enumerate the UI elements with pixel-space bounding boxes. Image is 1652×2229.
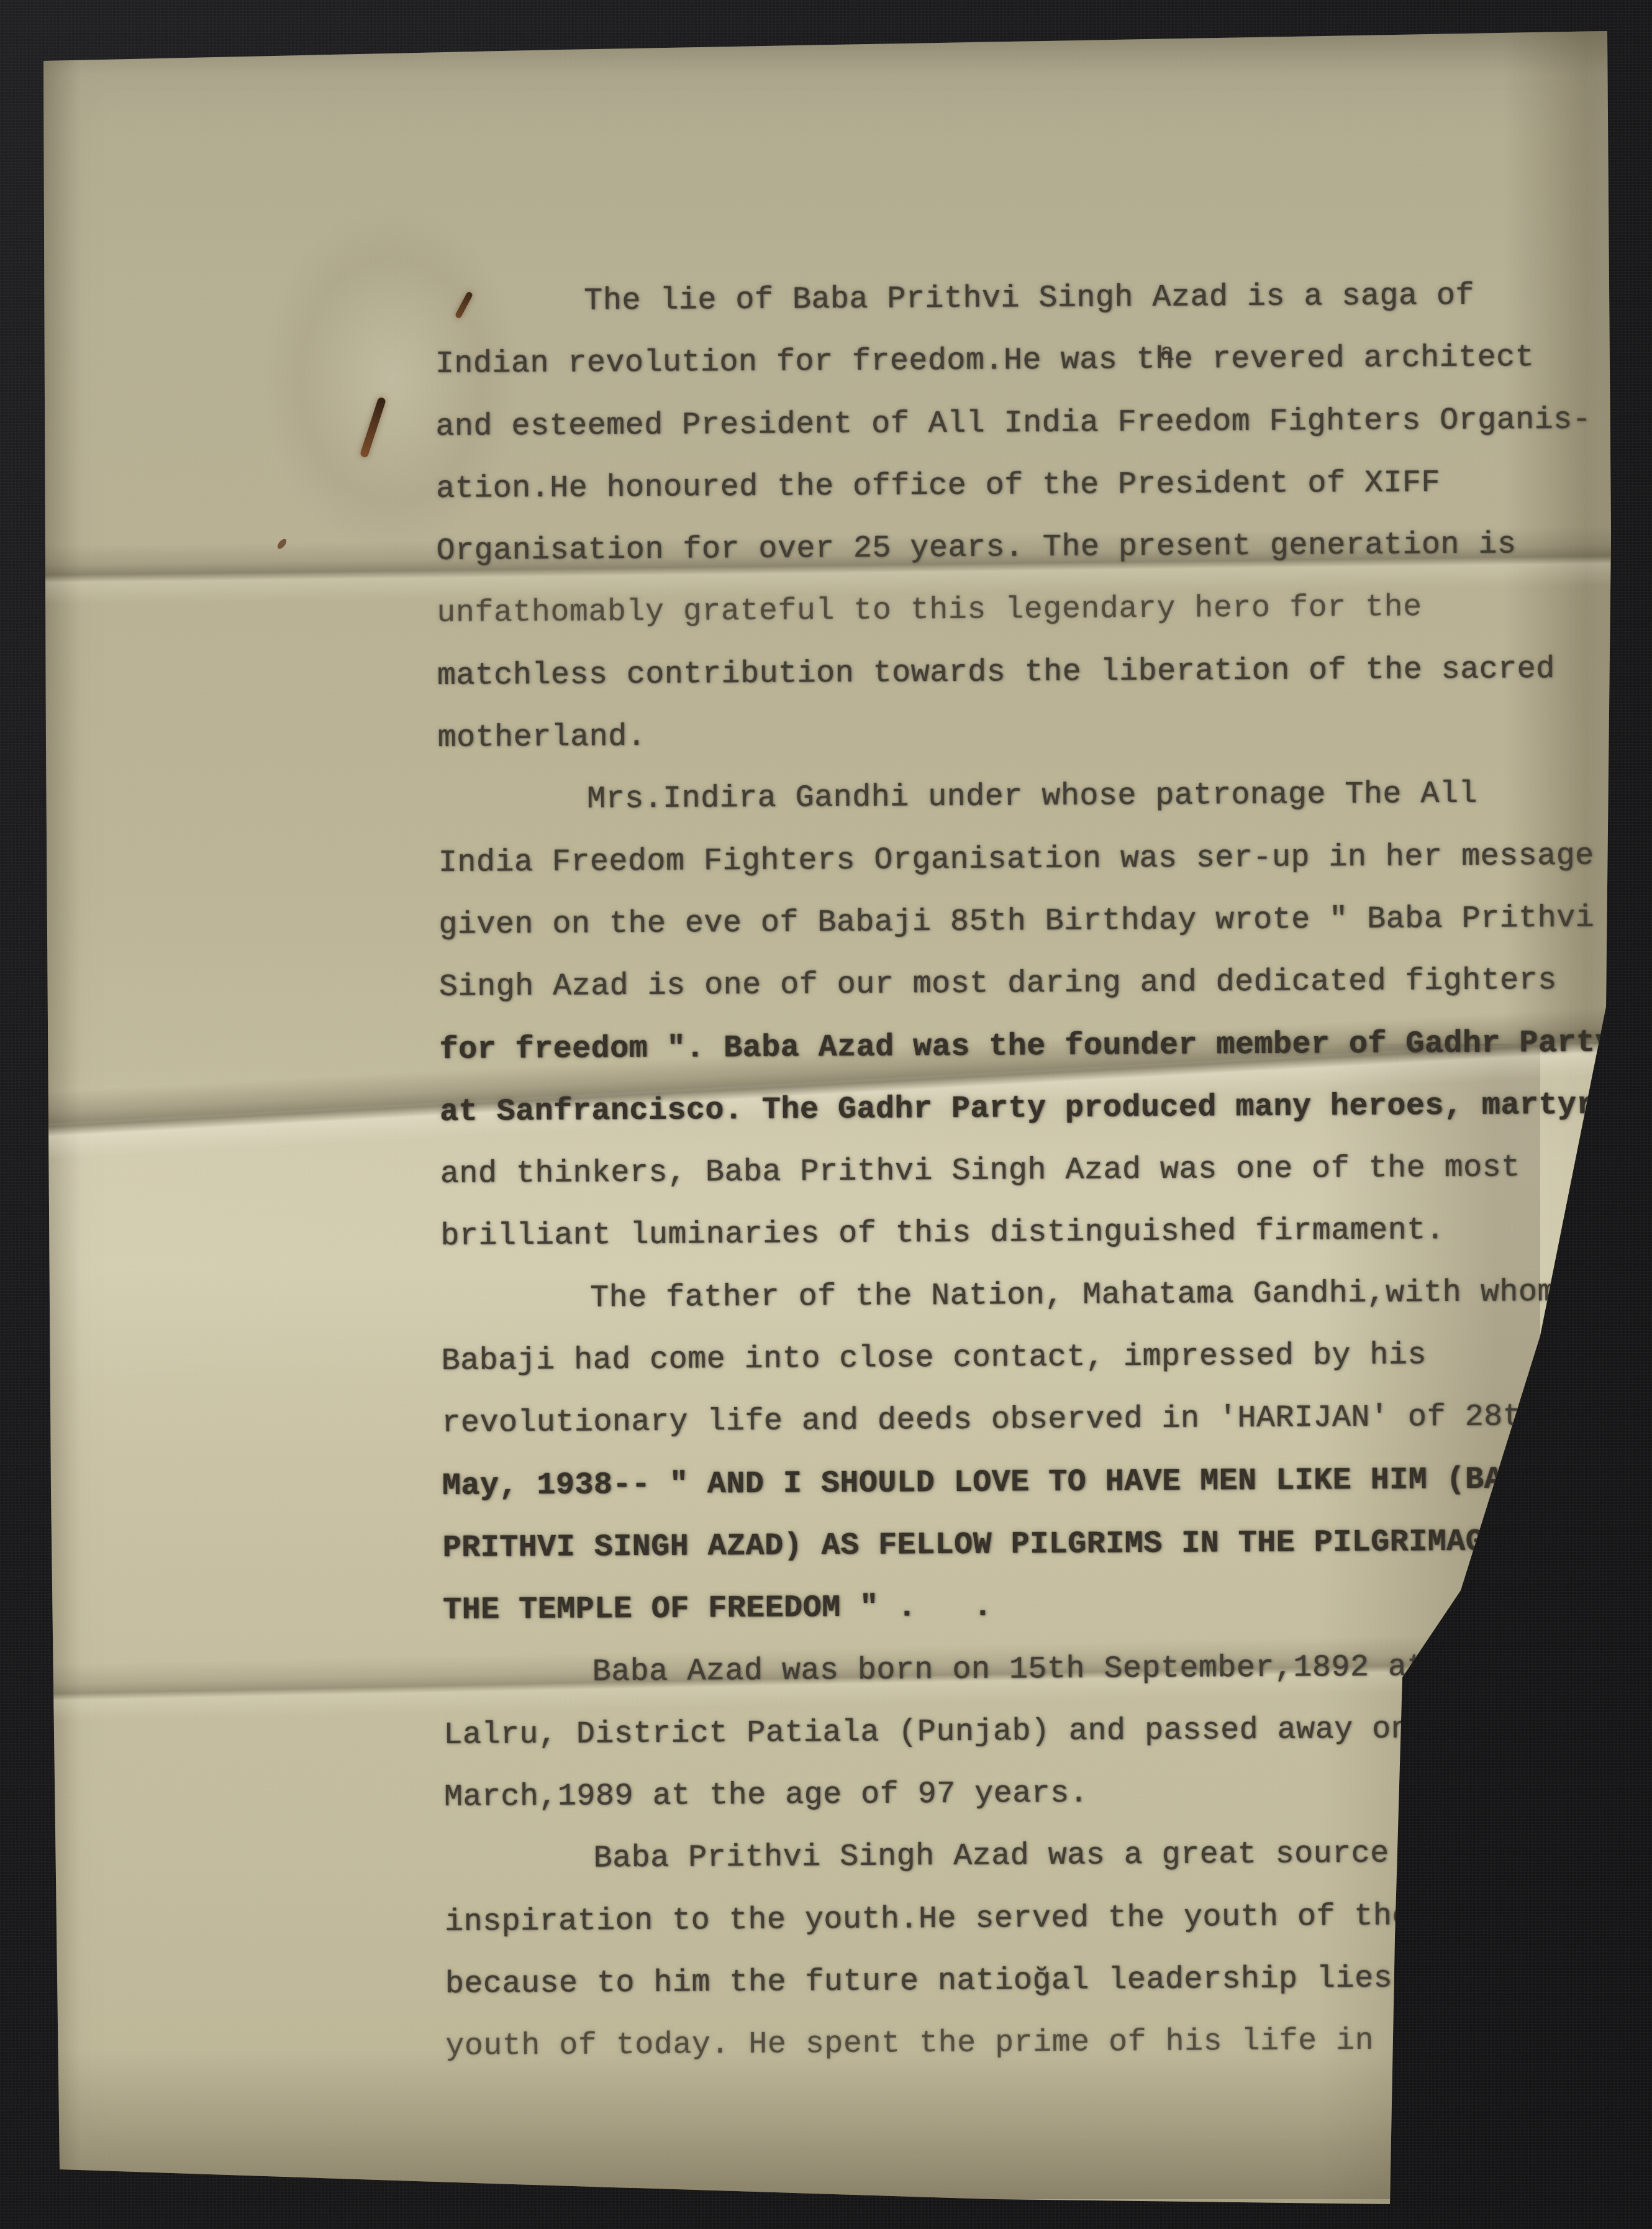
paper-left-shadow: [37, 50, 81, 2174]
typed-line: because to him the future natioğal leade…: [445, 1946, 1652, 2016]
paper-top-shadow: [37, 31, 1615, 75]
typed-line: given on the eve of Babaji 85th Birthday…: [438, 887, 1652, 957]
typed-line: The lie of Baba Prithvi Singh Azad is a …: [435, 264, 1652, 334]
typed-line: PRITHVI SINGH AZAD) AS FELLOW PILGRIMS I…: [442, 1510, 1652, 1580]
typed-line: motherland.: [437, 700, 1652, 770]
typed-line: Baba Azad was born on 15th September,189…: [443, 1635, 1652, 1705]
typed-line: Singh Azad is one of our most daring and…: [439, 949, 1652, 1019]
scan-background: The lie of Baba Prithvi Singh Azad is a …: [0, 0, 1652, 2229]
typed-line: Babaji had come into close contact, impr…: [441, 1323, 1652, 1393]
typed-line: Baba Prithvi Singh Azad was a great sour…: [444, 1821, 1652, 1891]
typed-line: March,1989 at the age of 97 years.: [444, 1759, 1652, 1829]
typed-line: at Sanfrancisco. The Gadhr Party produce…: [440, 1074, 1652, 1144]
typed-line: for freedom ". Baba Azad was the founder…: [439, 1012, 1652, 1082]
rust-stain-3: [276, 537, 288, 550]
typed-line: May, 1938-- " AND I SHOULD LOVE TO HAVE …: [442, 1448, 1652, 1518]
typed-line: brilliant luminaries of this distinguish…: [440, 1198, 1652, 1268]
typed-line: and esteemed President of All India Free…: [435, 389, 1652, 458]
typed-line: India Freedom Fighters Organisation was …: [438, 825, 1652, 895]
typed-line: THE TEMPLE OF FREEDOM " . .: [443, 1572, 1652, 1642]
typed-line: revolutionary life and deeds observed in…: [442, 1385, 1652, 1455]
typed-line: unfathomably grateful to this legendary …: [437, 576, 1652, 645]
typed-line: matchless contribution towards the liber…: [437, 638, 1652, 708]
typed-line: The father of the Nation, Mahatama Gandh…: [441, 1261, 1652, 1331]
typed-line: inspiration to the youth.He served the y…: [445, 1884, 1652, 1954]
typed-line: Mrs.Indira Gandhi under whose patronage …: [438, 762, 1652, 832]
typed-line: and thinkers, Baba Prithvi Singh Azad wa…: [440, 1136, 1652, 1206]
typed-line: Organisation for over 25 years. The pres…: [436, 513, 1652, 583]
typed-line: ation.He honoured the office of the Pres…: [436, 451, 1652, 521]
rust-stain-2: [360, 396, 386, 458]
typed-line: Indian revolution for freedom.He was the…: [435, 326, 1652, 396]
typed-correction-mark: a: [1160, 340, 1174, 367]
typed-text-block: The lie of Baba Prithvi Singh Azad is a …: [435, 264, 1652, 2079]
typed-line: Lalru, District Patiala (Punjab) and pas…: [443, 1697, 1652, 1767]
typed-line: youth of today. He spent the prime of hi…: [445, 2008, 1652, 2078]
paper-sheet: The lie of Baba Prithvi Singh Azad is a …: [0, 0, 1652, 2229]
